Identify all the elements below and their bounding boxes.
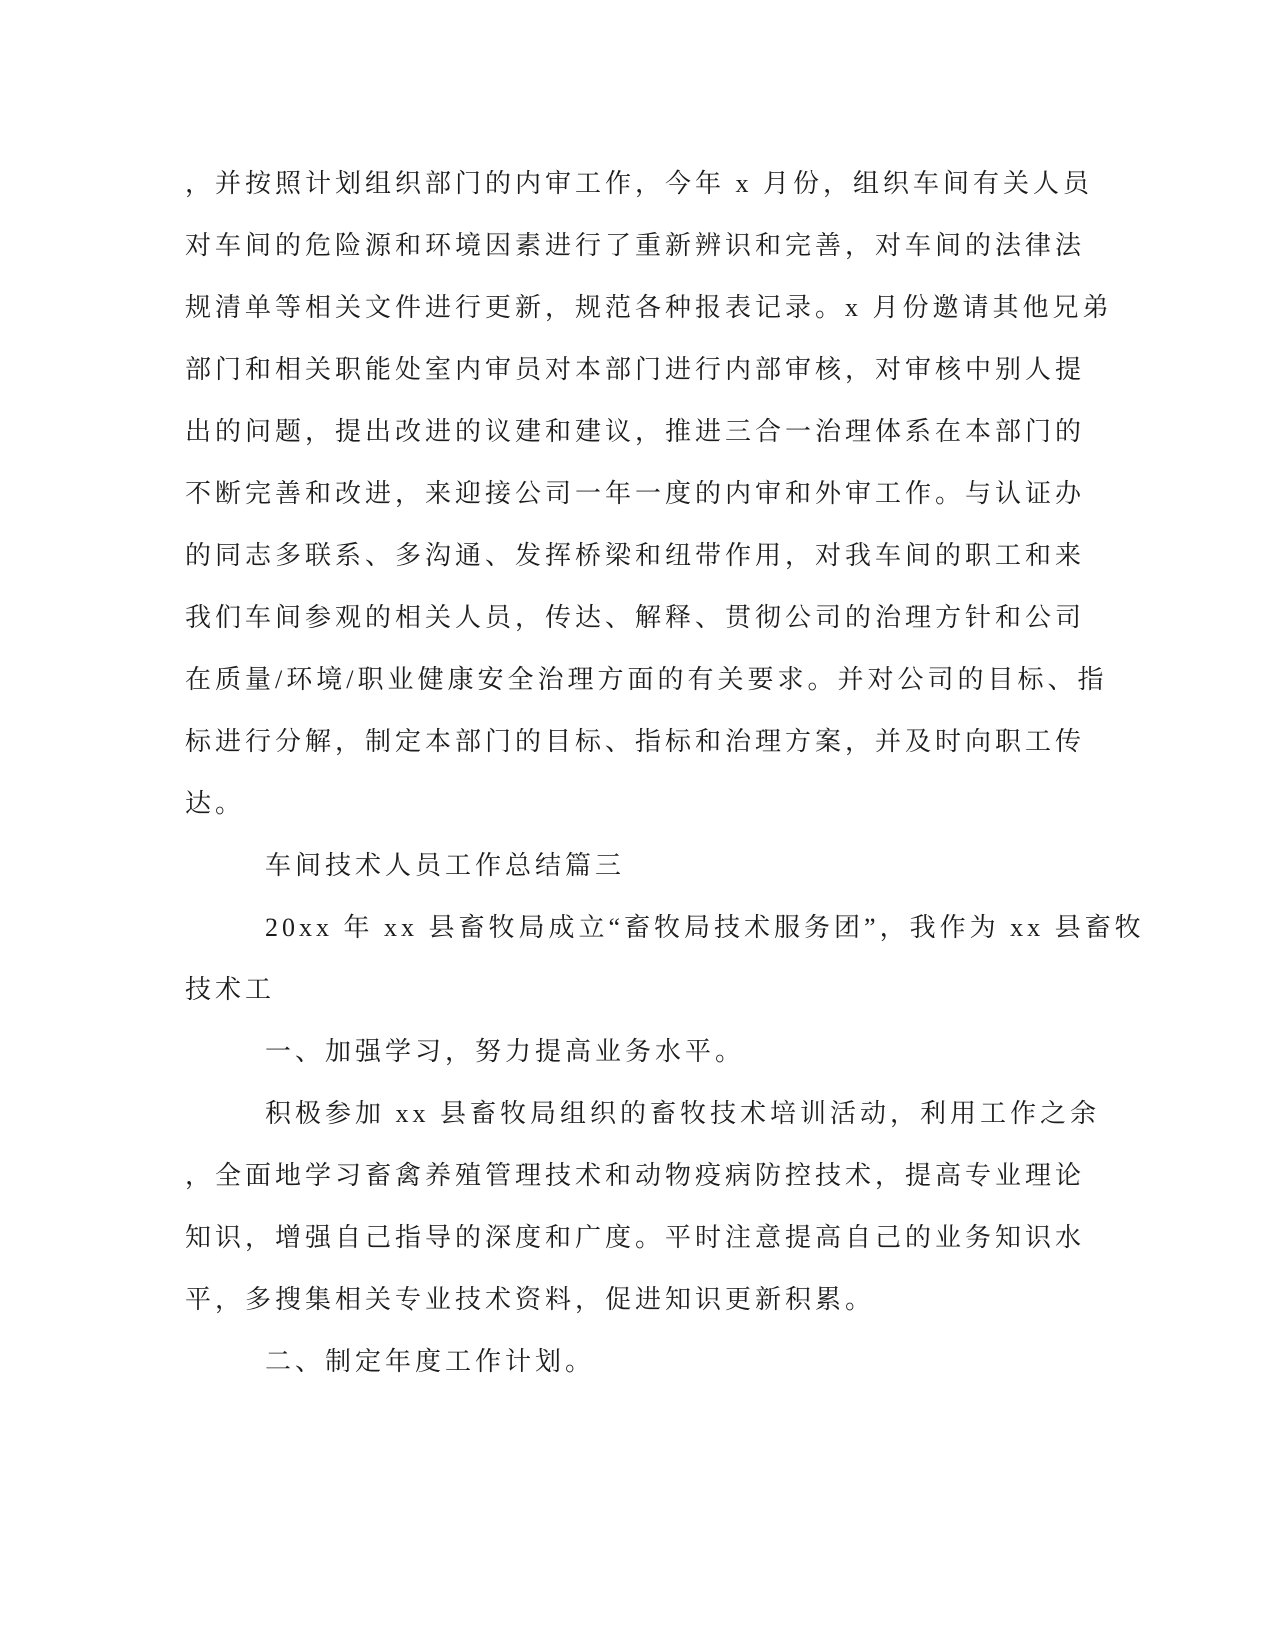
text-line: 平，多搜集相关专业技术资料，促进知识更新积累。 (185, 1269, 1105, 1331)
text-line: 出的问题，提出改进的议建和建议，推进三合一治理体系在本部门的 (185, 401, 1105, 463)
text-line: ，全面地学习畜禽养殖管理技术和动物疫病防控技术，提高专业理论 (185, 1145, 1105, 1207)
paragraph-end-line: 达。 (185, 773, 1105, 835)
section-heading-line: 车间技术人员工作总结篇三 (185, 835, 1105, 897)
document-page: ，并按照计划组织部门的内审工作，今年 x 月份，组织车间有关人员 对车间的危险源… (0, 0, 1275, 1650)
text-line: 标进行分解，制定本部门的目标、指标和治理方案，并及时向职工传 (185, 711, 1105, 773)
text-line: 知识，增强自己指导的深度和广度。平时注意提高自己的业务知识水 (185, 1207, 1105, 1269)
text-line: 部门和相关职能处室内审员对本部门进行内部审核，对审核中别人提 (185, 339, 1105, 401)
numbered-heading-line: 二、制定年度工作计划。 (185, 1331, 1105, 1393)
text-line: 规清单等相关文件进行更新，规范各种报表记录。x 月份邀请其他兄弟 (185, 277, 1105, 339)
text-line: 我们车间参观的相关人员，传达、解释、贯彻公司的治理方针和公司 (185, 587, 1105, 649)
text-line: 的同志多联系、多沟通、发挥桥梁和纽带作用，对我车间的职工和来 (185, 525, 1105, 587)
text-line: 技术工 (185, 959, 1105, 1021)
text-line: ，并按照计划组织部门的内审工作，今年 x 月份，组织车间有关人员 (185, 153, 1105, 215)
document-text: ，并按照计划组织部门的内审工作，今年 x 月份，组织车间有关人员 对车间的危险源… (185, 153, 1105, 1393)
text-line: 不断完善和改进，来迎接公司一年一度的内审和外审工作。与认证办 (185, 463, 1105, 525)
numbered-heading-line: 一、加强学习，努力提高业务水平。 (185, 1021, 1105, 1083)
text-line: 对车间的危险源和环境因素进行了重新辨识和完善，对车间的法律法 (185, 215, 1105, 277)
text-line: 积极参加 xx 县畜牧局组织的畜牧技术培训活动，利用工作之余 (185, 1083, 1105, 1145)
text-line: 在质量/环境/职业健康安全治理方面的有关要求。并对公司的目标、指 (185, 649, 1105, 711)
text-line: 20xx 年 xx 县畜牧局成立“畜牧局技术服务团”，我作为 xx 县畜牧 (185, 897, 1105, 959)
